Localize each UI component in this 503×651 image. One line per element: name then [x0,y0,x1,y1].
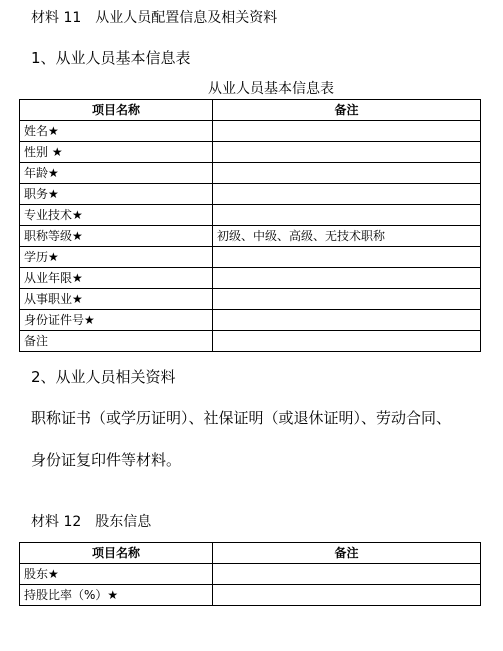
row-item: 年龄★ [20,163,213,184]
row-item: 从事职业★ [20,289,213,310]
row-item: 股东★ [20,564,213,585]
column-header-item: 项目名称 [20,543,213,564]
table-row: 学历★ [20,247,481,268]
row-note [213,142,481,163]
table-row: 从业年限★ [20,268,481,289]
row-note [213,310,481,331]
row-note [213,184,481,205]
column-header-note: 备注 [213,100,481,121]
table-row: 职称等级★初级、中级、高级、无技术职称 [20,226,481,247]
staff-info-table: 项目名称 备注 姓名★ 性别 ★ 年龄★ 职务★ 专业技术★ 职称等级★初级、中… [19,99,481,352]
row-note [213,585,481,606]
material-11-title: 材料 11 从业人员配置信息及相关资料 [31,7,277,27]
table-row: 性别 ★ [20,142,481,163]
table-row: 股东★ [20,564,481,585]
section-2-heading: 2、从业人员相关资料 [31,366,176,387]
row-note [213,268,481,289]
row-note [213,289,481,310]
column-header-item: 项目名称 [20,100,213,121]
row-note [213,163,481,184]
row-item: 职务★ [20,184,213,205]
table-header-row: 项目名称 备注 [20,100,481,121]
materials-paragraph-line-1: 职称证书（或学历证明）、社保证明（或退休证明）、劳动合同、 [31,407,451,428]
row-item: 身份证件号★ [20,310,213,331]
table-row: 年龄★ [20,163,481,184]
material-12-title: 材料 12 股东信息 [31,511,151,531]
table-row: 身份证件号★ [20,310,481,331]
row-note [213,247,481,268]
row-note [213,331,481,352]
table-row: 持股比率（%）★ [20,585,481,606]
row-item: 职称等级★ [20,226,213,247]
row-item: 学历★ [20,247,213,268]
row-note: 初级、中级、高级、无技术职称 [213,226,481,247]
row-note [213,121,481,142]
row-item: 姓名★ [20,121,213,142]
table-row: 姓名★ [20,121,481,142]
row-note [213,205,481,226]
table-row: 从事职业★ [20,289,481,310]
row-note [213,564,481,585]
column-header-note: 备注 [213,543,481,564]
materials-paragraph-line-2: 身份证复印件等材料。 [31,449,181,470]
table-row: 备注 [20,331,481,352]
table-row: 专业技术★ [20,205,481,226]
row-item: 从业年限★ [20,268,213,289]
shareholder-table: 项目名称 备注 股东★ 持股比率（%）★ [19,542,481,606]
row-item: 性别 ★ [20,142,213,163]
table-row: 职务★ [20,184,481,205]
table-caption: 从业人员基本信息表 [208,78,334,98]
row-item: 备注 [20,331,213,352]
table-header-row: 项目名称 备注 [20,543,481,564]
row-item: 持股比率（%）★ [20,585,213,606]
row-item: 专业技术★ [20,205,213,226]
section-1-heading: 1、从业人员基本信息表 [31,47,191,68]
